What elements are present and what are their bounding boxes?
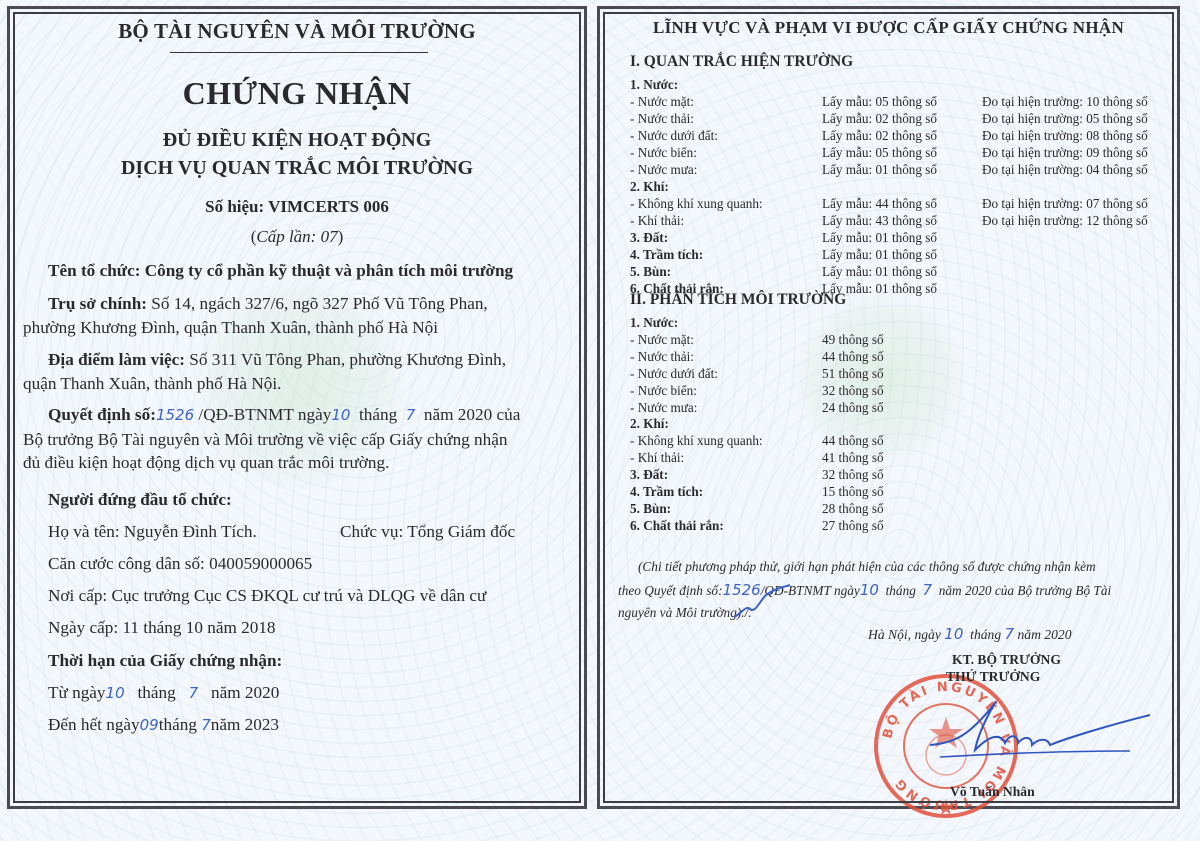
parameter-group: 3. Đất:	[630, 466, 668, 483]
field-monitoring-row: - Nước mặt:Lấy mẫu: 05 thông sốĐo tại hi…	[630, 93, 1170, 110]
valid-from-text: tháng	[138, 683, 176, 702]
certificate-scope-panel: LĨNH VỰC VÀ PHẠM VI ĐƯỢC CẤP GIẤY CHỨNG …	[597, 6, 1180, 809]
citizen-id: Căn cước công dân số: 040059000065	[48, 552, 312, 576]
parameter-group: 4. Trầm tích:	[630, 246, 703, 263]
parameter-group: - Nước biển:	[630, 382, 697, 399]
valid-to-year: năm 2023	[211, 715, 279, 734]
analysis-count: 24 thông số	[822, 399, 884, 416]
parameter-group: - Nước dưới đất:	[630, 127, 718, 144]
head-position: Chức vụ: Tổng Giám đốc	[340, 520, 515, 544]
sampling-count: Lấy mẫu: 44 thông số	[822, 195, 937, 212]
sampling-count: Lấy mẫu: 05 thông số	[822, 144, 937, 161]
parameter-group: - Nước thải:	[630, 110, 694, 127]
field-monitoring-row: - Nước thải:Lấy mẫu: 02 thông sốĐo tại h…	[630, 110, 1170, 127]
valid-to-text: tháng	[159, 715, 197, 734]
analysis-count: 32 thông số	[822, 466, 884, 483]
title-divider	[170, 52, 428, 53]
analysis-count: 27 thông số	[822, 517, 884, 534]
field-measurement-count: Đo tại hiện trường: 09 thông số	[982, 144, 1148, 161]
parameter-group: - Nước dưới đất:	[630, 365, 718, 382]
issue-place-date: Hà Nội, ngày 10 tháng 7 năm 2020	[868, 625, 1072, 643]
decision-day-handwritten: 10	[331, 406, 350, 424]
note-text: năm 2020 của Bộ trưởng Bộ Tài	[939, 583, 1111, 598]
field-measurement-count: Đo tại hiện trường: 04 thông số	[982, 161, 1148, 178]
section-field-monitoring: I. QUAN TRẮC HIỆN TRƯỜNG	[630, 53, 853, 71]
analysis-count: 49 thông số	[822, 331, 884, 348]
initial-check-mark-icon	[728, 583, 808, 623]
scope-title: LĨNH VỰC VÀ PHẠM VI ĐƯỢC CẤP GIẤY CHỨNG …	[600, 18, 1177, 38]
analysis-count: 41 thông số	[822, 449, 884, 466]
analysis-row: - Nước biển:32 thông số	[630, 382, 1170, 399]
id-issued-by: Nơi cấp: Cục trưởng Cục CS ĐKQL cư trú v…	[48, 584, 486, 608]
signer-role-1: KT. BỘ TRƯỞNG	[952, 652, 1061, 668]
handwritten-signature	[900, 695, 1160, 775]
date-day-handwritten: 10	[944, 625, 963, 643]
parameter-group: - Khí thải:	[630, 212, 684, 229]
note-line-1: (Chi tiết phương pháp thử, giới hạn phát…	[618, 556, 1166, 579]
field-monitoring-row: 1. Nước:	[630, 76, 1170, 93]
sampling-count: Lấy mẫu: 02 thông số	[822, 127, 937, 144]
valid-from-year: năm 2020	[211, 683, 279, 702]
signer-role-2: THỨ TRƯỞNG	[946, 669, 1040, 685]
decision-number-handwritten: 1526	[156, 406, 194, 424]
work-line-1: Số 311 Vũ Tông Phan, phường Khương Đình,	[189, 350, 506, 369]
certificate-subtitle-2: DỊCH VỤ QUAN TRẮC MÔI TRƯỜNG	[10, 157, 584, 180]
decision-text: /QĐ-BTNMT ngày	[198, 405, 331, 424]
sampling-count: Lấy mẫu: 01 thông số	[822, 161, 937, 178]
parameter-group: 4. Trầm tích:	[630, 483, 703, 500]
section-environmental-analysis: II. PHÂN TÍCH MÔI TRƯỜNG	[630, 291, 846, 309]
work-line-2: quận Thanh Xuân, thành phố Hà Nội.	[23, 372, 573, 396]
ministry-name: BỘ TÀI NGUYÊN VÀ MÔI TRƯỜNG	[10, 19, 584, 44]
valid-from-prefix: Từ ngày	[48, 683, 106, 702]
note-line-3: nguyên và Môi trường)./.	[618, 602, 1166, 625]
sampling-count: Lấy mẫu: 01 thông số	[822, 229, 937, 246]
analysis-row: - Nước thải:44 thông số	[630, 348, 1170, 365]
decision: Quyết định số:1526 /QĐ-BTNMT ngày10 thán…	[23, 403, 573, 475]
parameter-group: 5. Bùn:	[630, 500, 671, 517]
decision-label: Quyết định số:	[48, 405, 156, 424]
field-monitoring-row: 2. Khí:	[630, 178, 1170, 195]
field-measurement-count: Đo tại hiện trường: 07 thông số	[982, 195, 1148, 212]
decision-line-3: đủ điều kiện hoạt động dịch vụ quan trắc…	[23, 451, 573, 475]
parameter-group: - Nước mặt:	[630, 93, 694, 110]
analysis-count: 44 thông số	[822, 432, 884, 449]
decision-text: năm 2020 của	[424, 405, 520, 424]
sampling-count: Lấy mẫu: 01 thông số	[822, 246, 937, 263]
parameter-group: 1. Nước:	[630, 76, 678, 93]
field-measurement-count: Đo tại hiện trường: 12 thông số	[982, 212, 1148, 229]
parameter-group: - Nước thải:	[630, 348, 694, 365]
analysis-row: 2. Khí:	[630, 415, 1170, 432]
analysis-count: 44 thông số	[822, 348, 884, 365]
analysis-count: 32 thông số	[822, 382, 884, 399]
valid-to-prefix: Đến hết ngày	[48, 715, 140, 734]
date-text: tháng	[970, 627, 1001, 642]
work-label: Địa điểm làm việc:	[48, 350, 185, 369]
parameter-group: 6. Chất thải rắn:	[630, 517, 724, 534]
headquarters: Trụ sở chính: Số 14, ngách 327/6, ngõ 32…	[23, 292, 573, 340]
analysis-count: 51 thông số	[822, 365, 884, 382]
sampling-count: Lấy mẫu: 05 thông số	[822, 93, 937, 110]
hq-label: Trụ sở chính:	[48, 294, 147, 313]
head-name: Họ và tên: Nguyễn Đình Tích.	[48, 520, 257, 544]
details-note: (Chi tiết phương pháp thử, giới hạn phát…	[618, 556, 1166, 625]
head-of-org-label: Người đứng đầu tổ chức:	[48, 488, 232, 512]
field-monitoring-row: - Khí thải:Lấy mẫu: 43 thông sốĐo tại hi…	[630, 212, 1170, 229]
parameter-group: 2. Khí:	[630, 178, 669, 195]
analysis-row: 3. Đất:32 thông số	[630, 466, 1170, 483]
parameter-group: - Không khí xung quanh:	[630, 195, 763, 212]
parameter-group: - Không khí xung quanh:	[630, 432, 763, 449]
date-year: năm 2020	[1018, 627, 1072, 642]
analysis-row: 6. Chất thải rắn:27 thông số	[630, 517, 1170, 534]
analysis-count: 15 thông số	[822, 483, 884, 500]
date-prefix: Hà Nội, ngày	[868, 627, 941, 642]
cert-number-value: VIMCERTS 006	[268, 197, 389, 216]
analysis-row: - Nước mặt:49 thông số	[630, 331, 1170, 348]
analysis-row: - Khí thải:41 thông số	[630, 449, 1170, 466]
sampling-count: Lấy mẫu: 01 thông số	[822, 263, 937, 280]
parameter-group: 1. Nước:	[630, 314, 678, 331]
certificate-title: CHỨNG NHẬN	[10, 75, 584, 112]
note-line-2: theo Quyết định số:1526/QĐ-BTNMT ngày10 …	[618, 579, 1166, 603]
note-text: theo Quyết định số:	[618, 583, 723, 598]
org-value: Công ty cổ phần kỹ thuật và phân tích mô…	[145, 261, 513, 280]
parameter-group: - Nước mưa:	[630, 399, 697, 416]
date-month-handwritten: 7	[1005, 625, 1015, 643]
id-issued-date: Ngày cấp: 11 tháng 10 năm 2018	[48, 616, 276, 640]
field-monitoring-row: - Nước biển:Lấy mẫu: 05 thông sốĐo tại h…	[630, 144, 1170, 161]
analysis-row: 5. Bùn:28 thông số	[630, 500, 1170, 517]
valid-from: Từ ngày10 tháng 7 năm 2020	[48, 681, 279, 705]
analysis-row: - Không khí xung quanh:44 thông số	[630, 432, 1170, 449]
analysis-row: 4. Trầm tích:15 thông số	[630, 483, 1170, 500]
analysis-row: 1. Nước:	[630, 314, 1170, 331]
parameter-group: 5. Bùn:	[630, 263, 671, 280]
certificate-subtitle-1: ĐỦ ĐIỀU KIỆN HOẠT ĐỘNG	[10, 129, 584, 152]
org-label: Tên tổ chức:	[48, 261, 140, 280]
field-measurement-count: Đo tại hiện trường: 05 thông số	[982, 110, 1148, 127]
certificate-front-panel: BỘ TÀI NGUYÊN VÀ MÔI TRƯỜNG CHỨNG NHẬN Đ…	[7, 6, 587, 809]
paren-close: )	[338, 227, 344, 246]
decision-text: tháng	[359, 405, 397, 424]
sampling-count: Lấy mẫu: 02 thông số	[822, 110, 937, 127]
signer-name: Võ Tuấn Nhân	[950, 784, 1035, 800]
field-monitoring-row: - Nước mưa:Lấy mẫu: 01 thông sốĐo tại hi…	[630, 161, 1170, 178]
field-monitoring-row: 5. Bùn:Lấy mẫu: 01 thông số	[630, 263, 1170, 280]
parameter-group: 3. Đất:	[630, 229, 668, 246]
field-measurement-count: Đo tại hiện trường: 08 thông số	[982, 127, 1148, 144]
field-monitoring-row: 4. Trầm tích:Lấy mẫu: 01 thông số	[630, 246, 1170, 263]
sampling-count: Lấy mẫu: 43 thông số	[822, 212, 937, 229]
valid-from-day-handwritten: 10	[106, 684, 125, 702]
field-monitoring-row: - Nước dưới đất:Lấy mẫu: 02 thông sốĐo t…	[630, 127, 1170, 144]
field-measurement-count: Đo tại hiện trường: 10 thông số	[982, 93, 1148, 110]
note-text: tháng	[886, 583, 916, 598]
parameter-group: - Khí thải:	[630, 449, 684, 466]
analysis-count: 28 thông số	[822, 500, 884, 517]
parameter-group: - Nước biển:	[630, 144, 697, 161]
field-monitoring-row: - Không khí xung quanh:Lấy mẫu: 44 thông…	[630, 195, 1170, 212]
organization-name: Tên tổ chức: Công ty cổ phần kỹ thuật và…	[48, 259, 513, 283]
note-month-handwritten: 7	[923, 581, 933, 599]
hq-line-1: Số 14, ngách 327/6, ngõ 327 Phố Vũ Tông …	[151, 294, 487, 313]
valid-to: Đến hết ngày09tháng 7năm 2023	[48, 713, 279, 737]
decision-month-handwritten: 7	[406, 406, 416, 424]
decision-line-2: Bộ trưởng Bộ Tài nguyên và Môi trường về…	[23, 428, 573, 452]
parameter-group: - Nước mưa:	[630, 161, 697, 178]
valid-to-month-handwritten: 7	[201, 716, 211, 734]
cert-number-label: Số hiệu:	[205, 197, 264, 216]
analysis-row: - Nước mưa:24 thông số	[630, 399, 1170, 416]
hq-line-2: phường Khương Đình, quận Thanh Xuân, thà…	[23, 316, 573, 340]
validity-label: Thời hạn của Giấy chứng nhận:	[48, 649, 282, 673]
analysis-row: - Nước dưới đất:51 thông số	[630, 365, 1170, 382]
work-location: Địa điểm làm việc: Số 311 Vũ Tông Phan, …	[23, 348, 573, 396]
parameter-group: - Nước mặt:	[630, 331, 694, 348]
note-day-handwritten: 10	[860, 581, 879, 599]
valid-to-day-handwritten: 09	[140, 716, 159, 734]
parameter-group: 2. Khí:	[630, 415, 669, 432]
issue-label: Cấp lần: 07	[256, 227, 337, 246]
certificate-number: Số hiệu: VIMCERTS 006	[10, 197, 584, 217]
field-monitoring-row: 3. Đất:Lấy mẫu: 01 thông số	[630, 229, 1170, 246]
issue-count: (Cấp lần: 07)	[10, 227, 584, 247]
valid-from-month-handwritten: 7	[189, 684, 199, 702]
